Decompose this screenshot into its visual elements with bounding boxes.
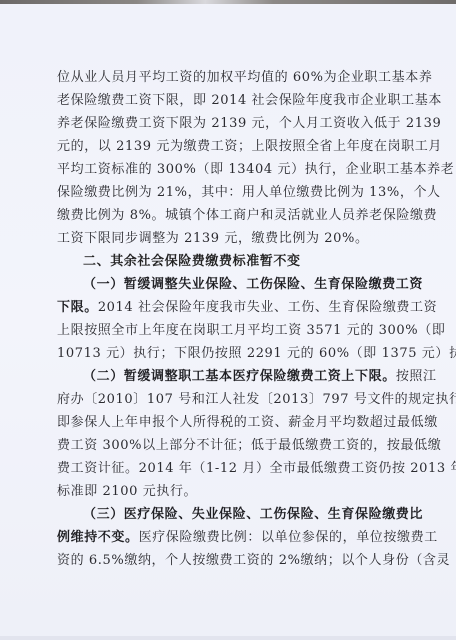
item2-heading: （二）暂缓调整职工基本医疗保险缴费工资上下限。 <box>83 369 396 384</box>
item1-text: 2014 社会保险年度我市失业、工伤、生育保险缴费工资 <box>98 300 437 315</box>
text-line: 位从业人员月平均工资的加权平均值的 60%为企业职工基本养 <box>57 66 397 89</box>
item3-heading: （三）医疗保险、失业保险、工伤保险、生育保险缴费比 <box>83 507 423 522</box>
text-line: 缴费比例为 8%。城镇个体工商户和灵活就业人员养老保险缴费 <box>57 204 397 227</box>
item1-heading-end: 下限。 <box>57 300 98 315</box>
text-line: 资的 6.5%缴纳，个人按缴费工资的 2%缴纳；以个人身份（含灵 <box>57 549 397 572</box>
item2-heading-line: （二）暂缓调整职工基本医疗保险缴费工资上下限。按照江 <box>57 365 397 388</box>
text-line: 府办〔2010〕107 号和江人社发〔2013〕797 号文件的规定执行， <box>57 388 397 411</box>
text-line: 上限按照全市上年度在岗职工月平均工资 3571 元的 300%（即 <box>57 319 397 342</box>
item3-text: 医疗保险缴费比例：以单位参保的，单位按缴费工 <box>139 530 438 545</box>
scan-bottom-edge <box>0 636 456 640</box>
item3-heading-end: 例维持不变。 <box>57 530 139 545</box>
item1-heading: （一）暂缓调整失业保险、工伤保险、生育保险缴费工资 <box>83 277 423 292</box>
text-line: 即参保人上年申报个人所得税的工资、薪金月平均数超过最低缴 <box>57 411 397 434</box>
text-line: 标准即 2100 元执行。 <box>57 480 397 503</box>
text-line: 费工资 300%以上部分不计征；低于最低缴费工资的，按最低缴 <box>57 434 397 457</box>
text-line: 10713 元）执行；下限仍按照 2291 元的 60%（即 1375 元）执行… <box>57 342 397 365</box>
text-line: 下限。2014 社会保险年度我市失业、工伤、生育保险缴费工资 <box>57 296 397 319</box>
text-line: 例维持不变。医疗保险缴费比例：以单位参保的，单位按缴费工 <box>57 526 397 549</box>
text-line: 工资下限同步调整为 2139 元，缴费比例为 20%。 <box>57 227 397 250</box>
text-line: 保险缴费比例为 21%，其中：用人单位缴费比例为 13%，个人 <box>57 181 397 204</box>
text-line: 平均工资标准的 300%（即 13404 元）执行，企业职工基本养老 <box>57 158 397 181</box>
document-body: 位从业人员月平均工资的加权平均值的 60%为企业职工基本养 老保险缴费工资下限，… <box>57 66 397 572</box>
text-line: 养老保险缴费工资下限为 2139 元，个人月工资收入低于 2139 <box>57 112 397 135</box>
text-line: 元的，以 2139 元为缴费工资；上限按照全省上年度在岗职工月 <box>57 135 397 158</box>
item3-heading-line: （三）医疗保险、失业保险、工伤保险、生育保险缴费比 <box>57 503 397 526</box>
section-heading: 二、其余社会保险费缴费标准暂不变 <box>57 250 397 273</box>
item1-heading-line: （一）暂缓调整失业保险、工伤保险、生育保险缴费工资 <box>57 273 397 296</box>
item2-text: 按照江 <box>396 369 437 384</box>
text-line: 费工资计征。2014 年（1-12 月）全市最低缴费工资仍按 2013 年 <box>57 457 397 480</box>
text-line: 老保险缴费工资下限，即 2014 社会保险年度我市企业职工基本 <box>57 89 397 112</box>
